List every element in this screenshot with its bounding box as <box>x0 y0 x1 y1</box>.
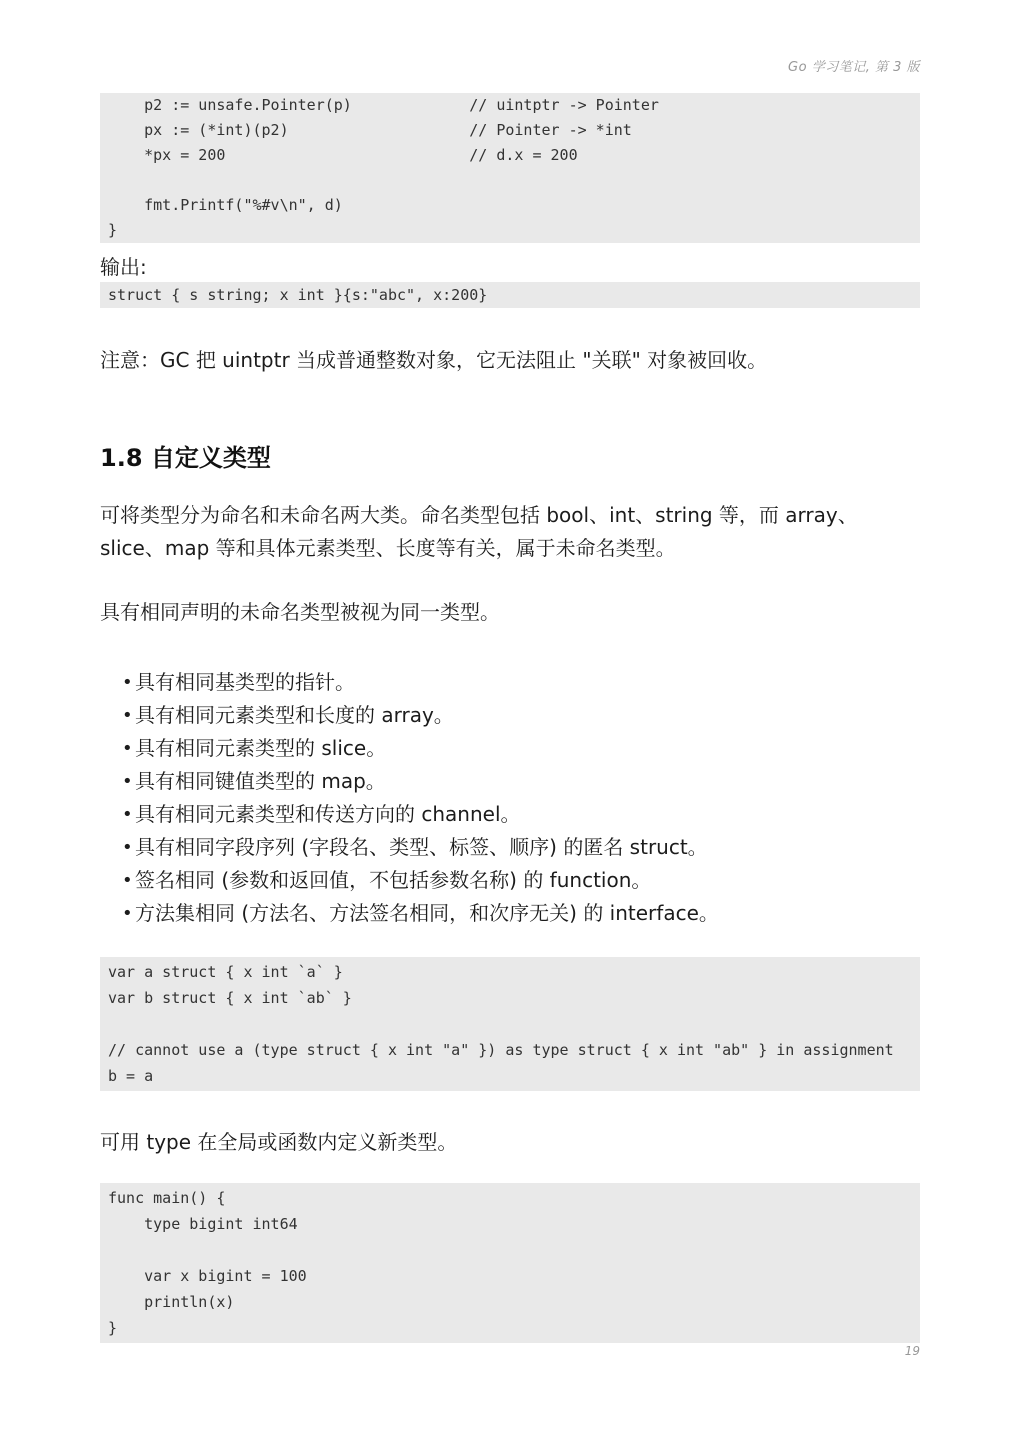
note-paragraph-gc-uintptr: 注意：GC 把 uintptr 当成普通整数对象，它无法阻止 "关联" 对象被回… <box>100 344 924 377</box>
list-item: 具有相同字段序列 (字段名、类型、标签、顺序) 的匿名 struct。 <box>100 831 924 864</box>
code-block-struct-tags: var a struct { x int `a` } var b struct … <box>100 957 920 1091</box>
paragraph-line: 可将类型分为命名和未命名两大类。命名类型包括 bool、int、string 等… <box>100 499 924 532</box>
paragraph-named-unnamed-types: 可将类型分为命名和未命名两大类。命名类型包括 bool、int、string 等… <box>100 499 924 565</box>
paragraph-line: slice、map 等和具体元素类型、长度等有关，属于未命名类型。 <box>100 532 924 565</box>
output-label: 输出: <box>100 251 924 284</box>
running-header-title: Go 学习笔记, 第 3 版 <box>0 56 920 75</box>
list-item: 具有相同元素类型和传送方向的 channel。 <box>100 798 924 831</box>
unnamed-type-rules-list: 具有相同基类型的指针。 具有相同元素类型和长度的 array。 具有相同元素类型… <box>100 666 924 930</box>
code-block-func-main: func main() { type bigint int64 var x bi… <box>100 1183 920 1343</box>
list-item: 签名相同 (参数和返回值，不包括参数名称) 的 function。 <box>100 864 924 897</box>
section-heading-custom-types: 1.8 自定义类型 <box>100 440 271 476</box>
code-block-unsafe-pointer: p2 := unsafe.Pointer(p) // uintptr -> Po… <box>100 93 920 243</box>
list-item: 具有相同键值类型的 map。 <box>100 765 924 798</box>
list-item: 具有相同元素类型的 slice。 <box>100 732 924 765</box>
page-number: 19 <box>0 1344 920 1358</box>
paragraph-type-keyword: 可用 type 在全局或函数内定义新类型。 <box>100 1126 924 1159</box>
paragraph-same-declaration: 具有相同声明的未命名类型被视为同一类型。 <box>100 596 924 629</box>
list-item: 方法集相同 (方法名、方法签名相同，和次序无关) 的 interface。 <box>100 897 924 930</box>
code-block-program-output: struct { s string; x int }{s:"abc", x:20… <box>100 282 920 308</box>
document-page: Go 学习笔记, 第 3 版 p2 := unsafe.Pointer(p) /… <box>0 0 1018 1440</box>
list-item: 具有相同基类型的指针。 <box>100 666 924 699</box>
list-item: 具有相同元素类型和长度的 array。 <box>100 699 924 732</box>
